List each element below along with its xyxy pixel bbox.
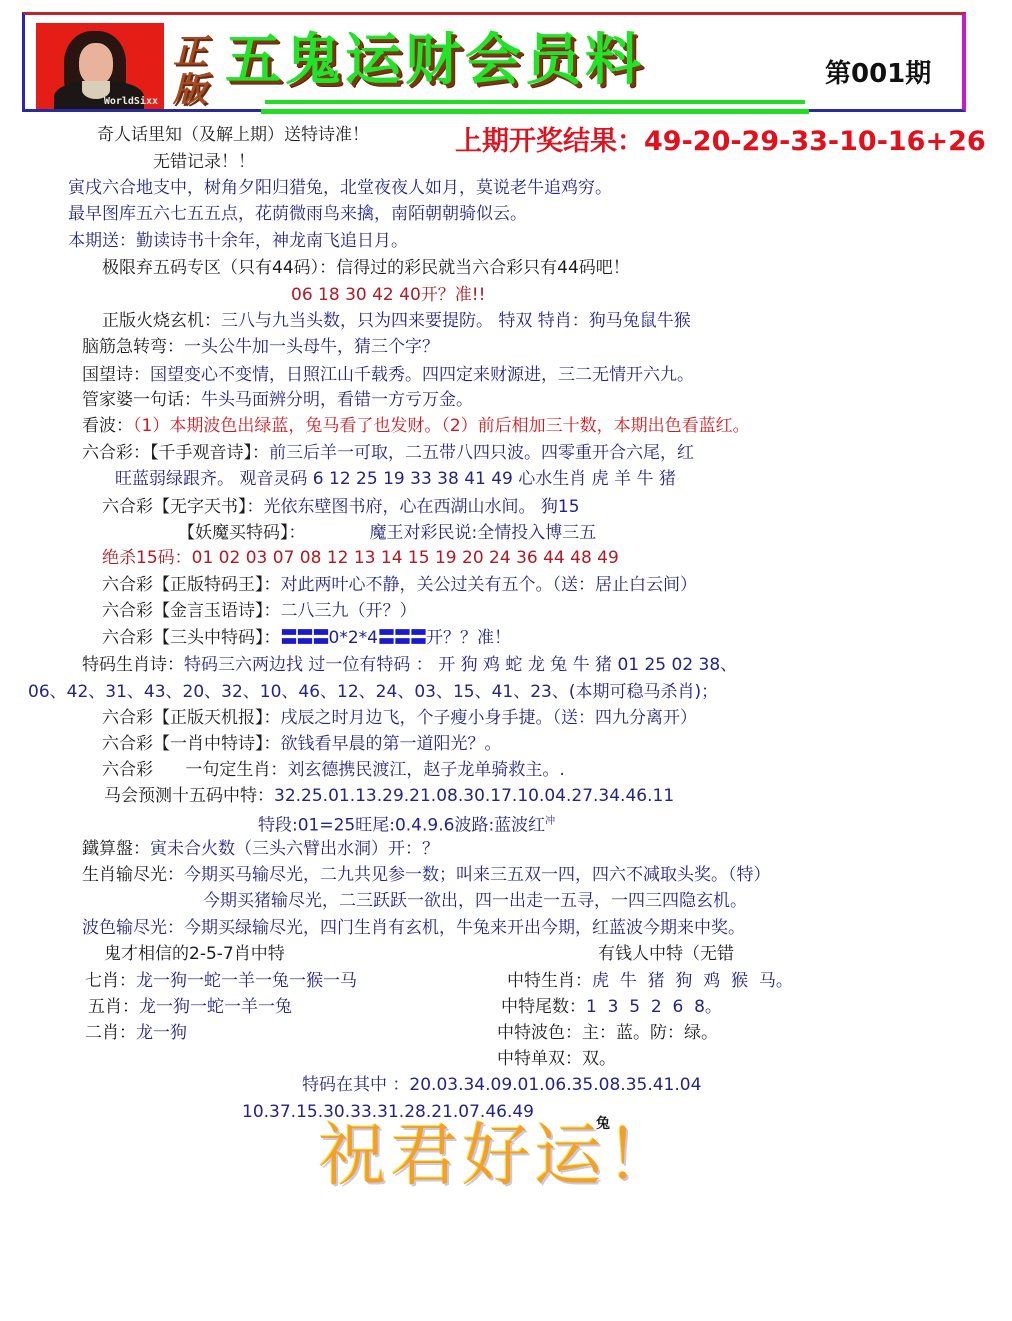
poem-line-3-label: 本期送： <box>68 231 136 251</box>
tianji-label: 六合彩【正版天机报】： <box>102 708 281 728</box>
shengxiao-shu-row-1: 生肖输尽光：今期买马输尽光，二九共见参一数；叫来三五双一四，四六不减取头奖。（特… <box>82 864 771 886</box>
mahui-numbers: 32.25.01.13.29.21.08.30.17.10.04.27.34.4… <box>274 786 674 806</box>
zhongte-danshuang-row: 中特单双：双。 <box>497 1048 616 1070</box>
tianji-row: 六合彩【正版天机报】：戌辰之时月边飞，个子瘦小身手捷。（送：四九分离开） <box>102 707 697 729</box>
er-xiao-label: 二肖： <box>85 1023 136 1043</box>
zhongte-weishu-row: 中特尾数：1 3 5 2 6 8。 <box>501 996 722 1018</box>
yixiao-label: 六合彩【一肖中特诗】： <box>102 734 281 754</box>
zhongte-danshuang-label: 中特单双： <box>497 1049 582 1069</box>
qianshou-row-1: 六合彩：【千手观音诗】：前三后羊一可取，二五带八四只波。四零重开合六尾，红 <box>82 442 694 464</box>
bottom-left-title: 鬼才相信的2-5-7肖中特 <box>104 943 285 965</box>
no-error-record: 无错记录！！ <box>153 151 255 173</box>
title-underline-2 <box>261 109 809 114</box>
yiju-text: 刘玄德携民渡江，赵子龙单骑救主。. <box>287 760 564 780</box>
guowang-row: 国望诗：国望变心不变情，日照江山千载秀。四四定来财源进，三二无情开六九。 <box>82 364 694 386</box>
shengxiao-poem-text-1: 特码三六两边找 过一位有特码 ： 开 狗 鸡 蛇 龙 兔 牛 猪 01 25 0… <box>184 655 737 675</box>
guowang-label: 国望诗： <box>82 365 150 385</box>
portrait-watermark: WorldSixx <box>104 96 158 107</box>
santou-tail: 开？？准！ <box>426 628 511 648</box>
naojin-text: 一头公牛加一头母牛，猜三个字？ <box>184 337 439 357</box>
mahui-row: 马会预测十五码中特：32.25.01.13.29.21.08.30.17.10.… <box>104 785 674 807</box>
qi-xiao-value: 龙一狗一蛇一羊一兔一猴一马 <box>136 971 357 991</box>
issue-number: 第001期 <box>825 53 931 90</box>
wuzi-row: 六合彩【无字天书】：光依东壁图书府，心在西湖山水间。 狗15 <box>102 496 580 518</box>
guowang-text: 国望变心不变情，日照江山千载秀。四四定来财源进，三二无情开六九。 <box>150 365 694 385</box>
tema-row-1: 特码在其中 ：20.03.34.09.01.06.35.08.35.41.04 <box>302 1074 701 1096</box>
kanbo-label: 看波： <box>82 416 133 436</box>
bose-label: 波色输尽光： <box>82 918 184 938</box>
wuzi-text: 光依东壁图书府，心在西湖山水间。 狗15 <box>264 497 580 517</box>
portrait-face <box>79 43 113 85</box>
zhongte-shengxiao-value: 虎 牛 猪 狗 鸡 猴 马。 <box>592 971 793 991</box>
santou-label: 六合彩【三头中特码】： <box>102 628 281 648</box>
bose-row: 波色输尽光：今期买绿输尽光，四门生肖有玄机，牛兔来开出今期，红蓝波今期来中奖。 <box>82 917 745 939</box>
blessing-banner: 祝君好运！ <box>318 1112 678 1202</box>
shengxiao-poem-row-2: 06、42、31、43、20、32、10、46、12、24、03、15、41、2… <box>28 681 718 703</box>
guanjia-label: 管家婆一句话： <box>82 390 201 410</box>
tiesuan-row: 鐵算盤：寅未合火数（三头六臂出水洞）开：？ <box>82 838 439 860</box>
kanbo-row: 看波：（1）本期波色出绿蓝，兔马看了也发财。（2）前后相加三十数，本期出色看蓝红… <box>82 415 750 437</box>
shengxiao-shu-row-2: 今期买猪输尽光，二三跃跃一欲出，四一出走一五寻，一四三四隐玄机。 <box>203 890 747 912</box>
qianshou-row-2: 旺蓝弱绿跟齐。 观音灵码 6 12 25 19 33 38 41 49 心水生肖… <box>115 468 676 490</box>
wu-xiao-value: 龙一狗一蛇一羊一兔 <box>139 997 292 1017</box>
qi-xiao-row: 七肖：龙一狗一蛇一羊一兔一猴一马 <box>85 970 357 992</box>
tiesuan-text: 寅未合火数（三头六臂出水洞）开：？ <box>150 839 439 859</box>
zhongte-bose-label: 中特波色： <box>497 1023 582 1043</box>
title-underline-1 <box>265 100 805 104</box>
jueshai-label: 绝杀15码： <box>102 548 192 568</box>
jixian-text: 信得过的彩民就当六合彩只有44码吧！ <box>336 258 630 278</box>
er-xiao-row: 二肖：龙一狗 <box>85 1022 187 1044</box>
shengxiao-poem-row-1: 特码生肖诗：特码三六两边找 过一位有特码 ： 开 狗 鸡 蛇 龙 兔 牛 猪 0… <box>82 654 737 676</box>
santou-row: 六合彩【三头中特码】：〓〓〓0*2*4〓〓〓开？？准！ <box>102 627 511 649</box>
bose-text: 今期买绿输尽光，四门生肖有玄机，牛兔来开出今期，红蓝波今期来中奖。 <box>184 918 745 938</box>
santou-middle: 0*2*4 <box>329 628 378 648</box>
yiju-row: 六合彩 一句定生肖：刘玄德携民渡江，赵子龙单骑救主。. <box>102 759 565 781</box>
wu-xiao-label: 五肖： <box>88 997 139 1017</box>
zhengban-logo: 正版 <box>173 33 213 111</box>
mahui-label: 马会预测十五码中特： <box>104 786 274 806</box>
poem-line-1: 寅戌六合地支中，树角夕阳归猎兔，北堂夜夜人如月，莫说老牛追鸡穷。 <box>68 177 612 199</box>
jinyan-text: 二八三九（开？） <box>281 601 417 621</box>
teduan-sup: 冲 <box>545 816 555 827</box>
portrait-image: WorldSixx <box>36 23 164 109</box>
page-title: 五鬼运财会员料 <box>225 29 645 93</box>
tema-numbers-1: 20.03.34.09.01.06.35.08.35.41.04 <box>409 1075 701 1095</box>
santou-blocks-right: 〓〓〓 <box>378 628 426 648</box>
santou-blocks-left: 〓〓〓 <box>281 628 329 648</box>
yiju-label: 六合彩 一句定生肖： <box>102 760 287 780</box>
qianshou-label: 六合彩：【千手观音诗】： <box>82 443 269 463</box>
yaomo-row: 【妖魔买特码】：魔王对彩民说:全情投入博三五 <box>178 522 596 544</box>
jixian-row: 极限弃五码专区（只有44码）：信得过的彩民就当六合彩只有44码吧！ <box>102 257 630 279</box>
last-result: 上期开奖结果：49-20-29-33-10-16+26 <box>455 126 986 158</box>
huoshao-text: 三八与九当头数，只为四来要提防。 特双 特肖：狗马兔鼠牛猴 <box>221 311 691 331</box>
yaomo-text: 魔王对彩民说:全情投入博三五 <box>370 523 597 543</box>
zhongte-shengxiao-row: 中特生肖：虎 牛 猪 狗 鸡 猴 马。 <box>507 970 793 992</box>
shengxiao-shu-label: 生肖输尽光： <box>82 865 184 885</box>
yaomo-label: 【妖魔买特码】： <box>178 523 306 543</box>
naojin-row: 脑筋急转弯：一头公牛加一头母牛，猜三个字？ <box>82 336 439 358</box>
qi-xiao-label: 七肖： <box>85 971 136 991</box>
tema-wang-label: 六合彩【正版特码王】： <box>102 575 281 595</box>
bottom-right-title: 有钱人中特（无错 <box>598 943 734 965</box>
wu-xiao-row: 五肖：龙一狗一蛇一羊一兔 <box>88 996 292 1018</box>
qianshou-text-1: 前三后羊一可取，二五带八四只波。四零重开合六尾，红 <box>269 443 694 463</box>
shengxiao-poem-label: 特码生肖诗： <box>82 655 184 675</box>
poem-line-2: 最早图库五六七五五点，花荫微雨鸟来擒，南陌朝朝骑似云。 <box>68 203 527 225</box>
zhongte-bose-value: 主：蓝。防：绿。 <box>582 1023 718 1043</box>
teduan-text: 特段:01=25旺尾:0.4.9.6波路:蓝波红 <box>258 816 545 836</box>
jueshai-numbers: 01 02 03 07 08 12 13 14 15 19 20 24 36 4… <box>192 548 619 568</box>
last-result-numbers: 49-20-29-33-10-16+26 <box>644 126 986 157</box>
tema-label: 特码在其中 ： <box>302 1075 409 1095</box>
wuzi-label: 六合彩【无字天书】： <box>102 497 264 517</box>
tianji-text: 戌辰之时月边飞，个子瘦小身手捷。（送：四九分离开） <box>281 708 698 728</box>
huoshao-row: 正版火烧玄机：三八与九当头数，只为四来要提防。 特双 特肖：狗马兔鼠牛猴 <box>102 310 691 332</box>
naojin-label: 脑筋急转弯： <box>82 337 184 357</box>
jixian-numbers: 06 18 30 42 40开？准!! <box>291 284 485 306</box>
er-xiao-value: 龙一狗 <box>136 1023 187 1043</box>
tiesuan-label: 鐵算盤： <box>82 839 150 859</box>
yixiao-text: 欲钱看早晨的第一道阳光？。 <box>281 734 502 754</box>
jinyan-row: 六合彩【金言玉语诗】：二八三九（开？） <box>102 600 417 622</box>
poem-line-3: 本期送：勤读诗书十余年，神龙南飞追日月。 <box>68 230 408 252</box>
zhongte-weishu-label: 中特尾数： <box>501 997 586 1017</box>
yixiao-row: 六合彩【一肖中特诗】：欲钱看早晨的第一道阳光？。 <box>102 733 502 755</box>
jueshai-row: 绝杀15码：01 02 03 07 08 12 13 14 15 19 20 2… <box>102 547 619 569</box>
tema-wang-text: 对此两叶心不静，关公过关有五个。（送：居止白云间） <box>281 575 698 595</box>
huoshao-label: 正版火烧玄机： <box>102 311 221 331</box>
jinyan-label: 六合彩【金言玉语诗】： <box>102 601 281 621</box>
jixian-label: 极限弃五码专区（只有44码）： <box>102 258 336 278</box>
kanbo-text: （1）本期波色出绿蓝，兔马看了也发财。（2）前后相加三十数，本期出色看蓝红。 <box>133 416 750 436</box>
last-result-label: 上期开奖结果： <box>455 126 644 157</box>
guanjia-row: 管家婆一句话：牛头马面辨分明，看错一方亏万金。 <box>82 389 473 411</box>
teduan-row: 特段:01=25旺尾:0.4.9.6波路:蓝波红冲 <box>258 811 555 837</box>
guanjia-text: 牛头马面辨分明，看错一方亏万金。 <box>201 390 473 410</box>
zhongte-bose-row: 中特波色：主：蓝。防：绿。 <box>497 1022 718 1044</box>
zhongte-shengxiao-label: 中特生肖： <box>507 971 592 991</box>
qiren-title: 奇人话里知（及解上期）送特诗准！ <box>97 124 369 146</box>
header-banner: WorldSixx 正版 五鬼运财会员料 第001期 <box>22 12 966 112</box>
zhongte-weishu-value: 1 3 5 2 6 8。 <box>586 997 722 1017</box>
tema-wang-row: 六合彩【正版特码王】：对此两叶心不静，关公过关有五个。（送：居止白云间） <box>102 574 697 596</box>
shengxiao-shu-text-1: 今期买马输尽光，二九共见参一数；叫来三五双一四，四六不减取头奖。（特） <box>184 865 771 885</box>
poem-line-3-text: 勤读诗书十余年，神龙南飞追日月。 <box>136 231 408 251</box>
zhongte-danshuang-value: 双。 <box>582 1049 616 1069</box>
